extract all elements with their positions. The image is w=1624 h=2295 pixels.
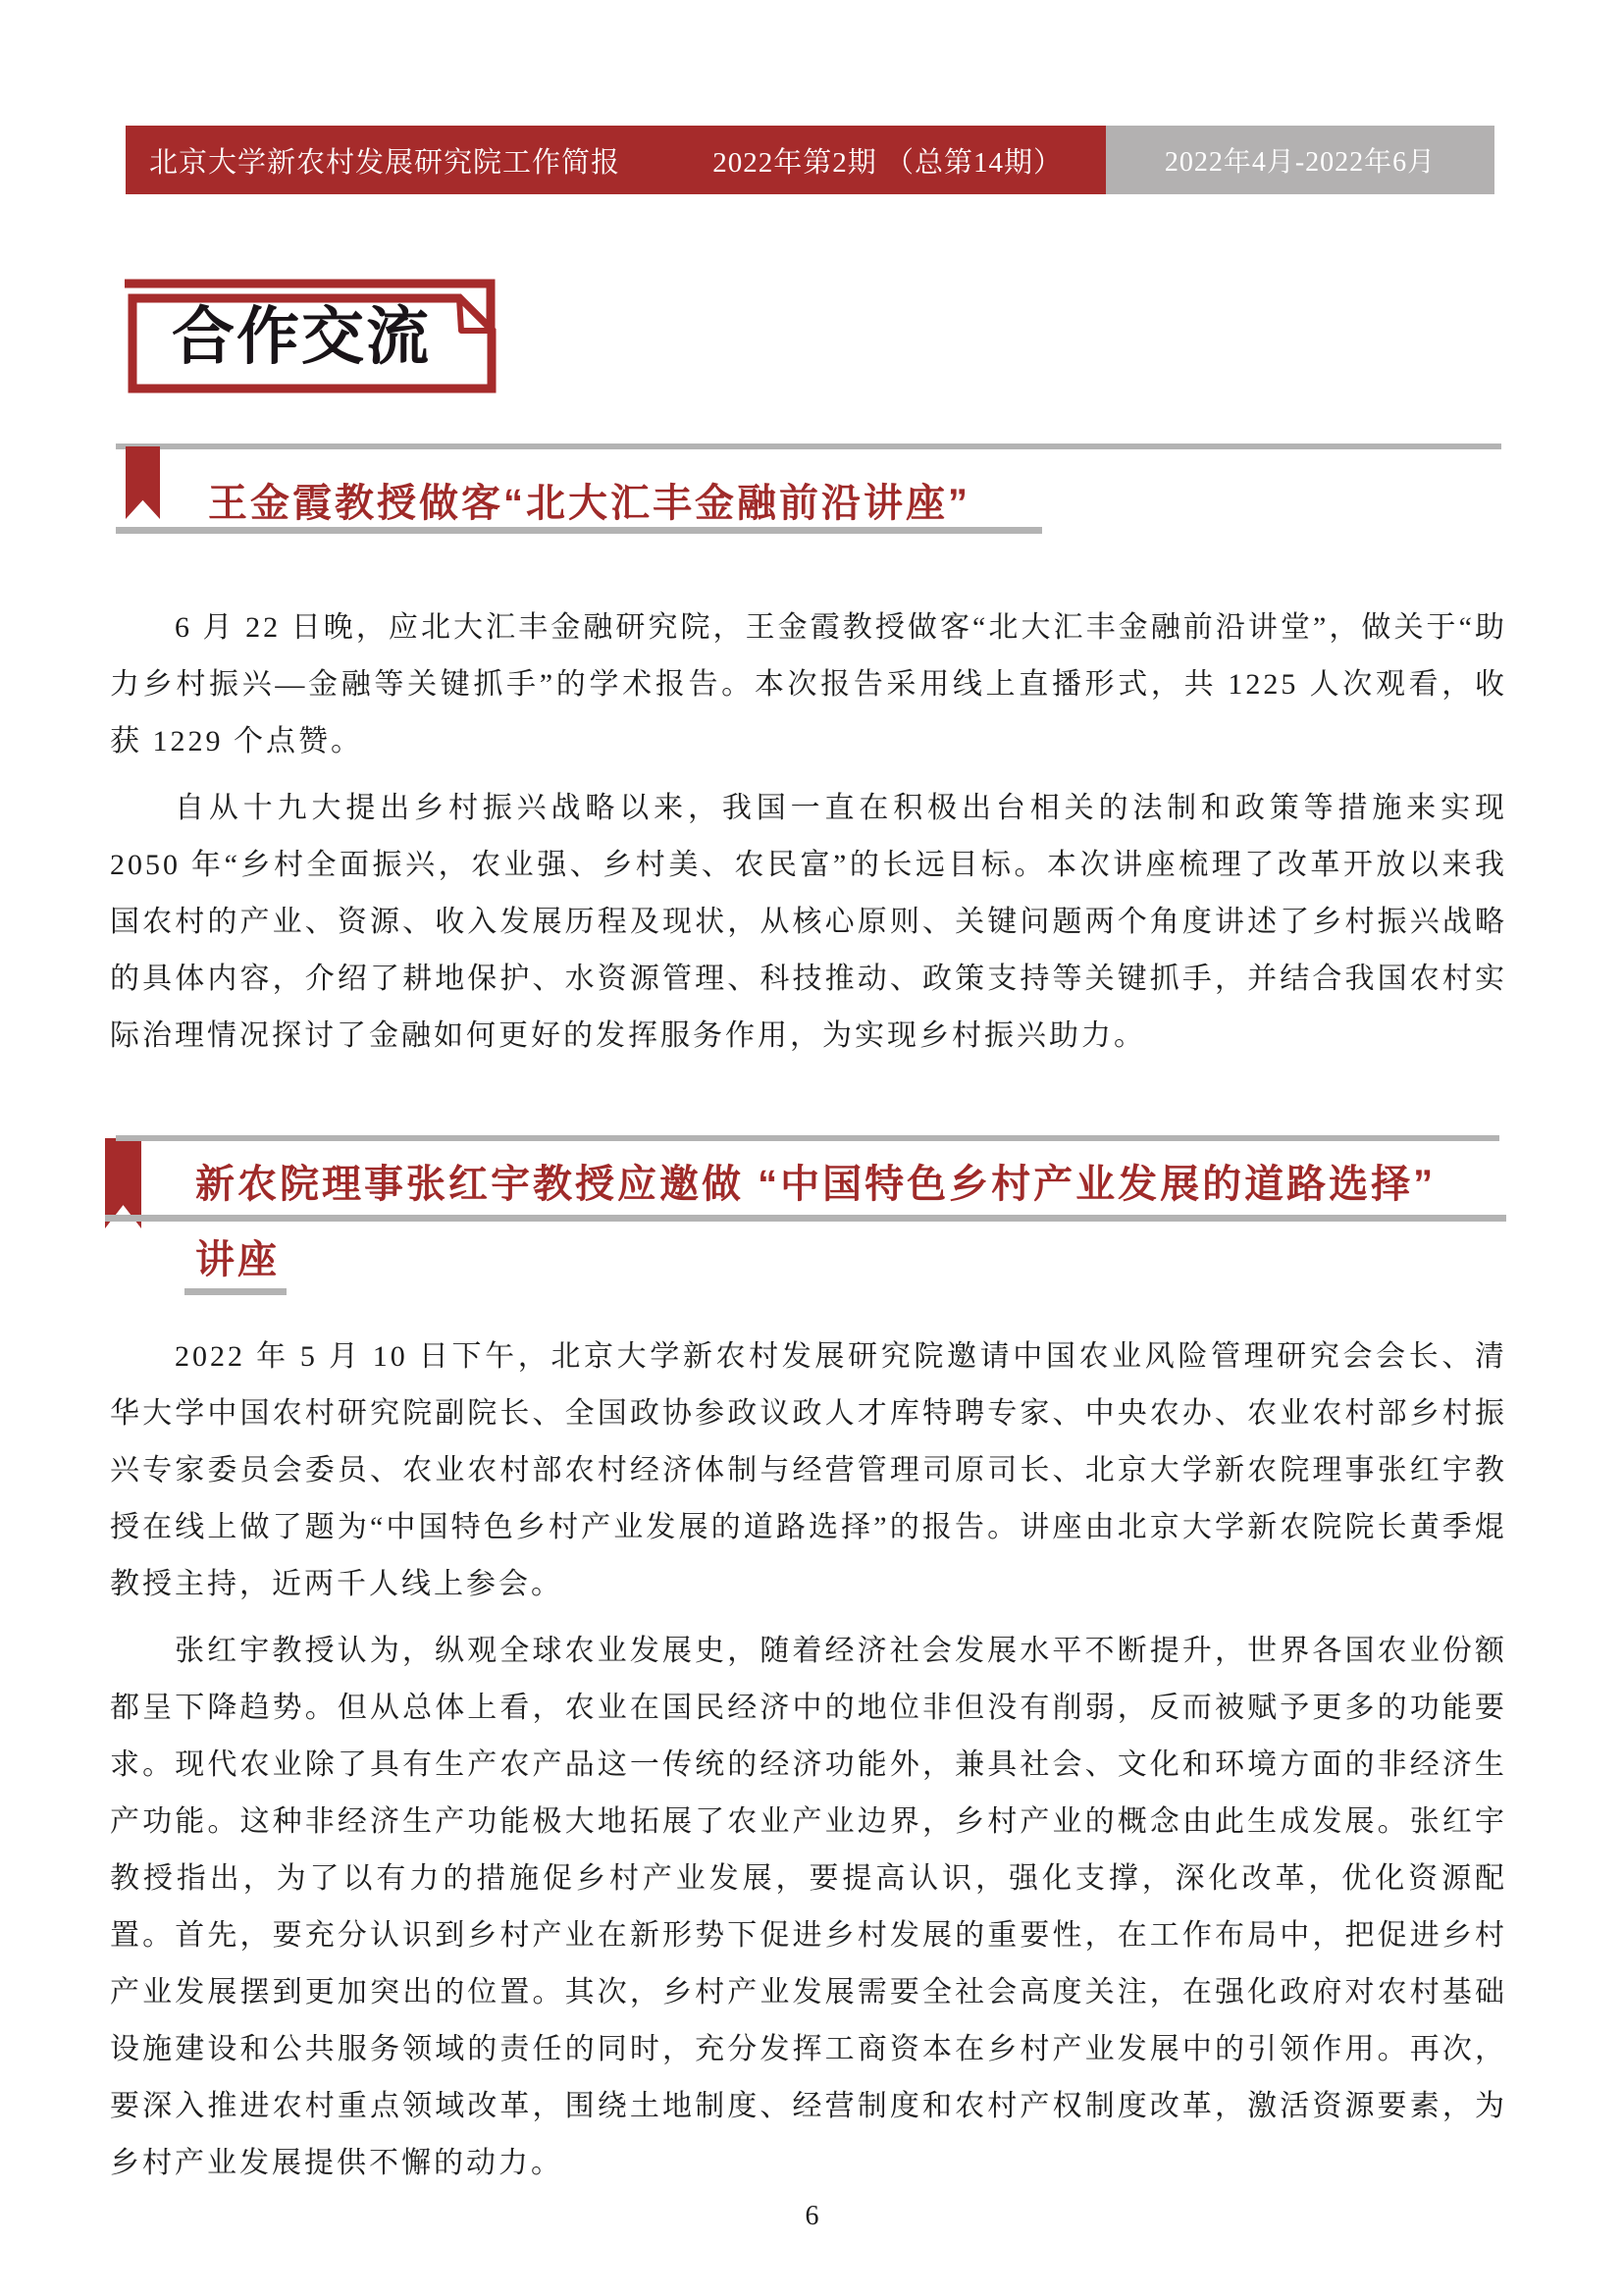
article-paragraph: 2022 年 5 月 10 日下午，北京大学新农村发展研究院邀请中国农业风险管理…: [110, 1329, 1507, 1613]
newsletter-masthead: 北京大学新农村发展研究院工作简报 2022年第2期 （总第14期） 2022年4…: [126, 126, 1494, 194]
article-paragraph: 6 月 22 日晚，应北大汇丰金融研究院，王金霞教授做客“北大汇丰金融前沿讲堂”…: [110, 600, 1507, 770]
divider-line: [116, 443, 1501, 449]
section-badge: 合作交流: [125, 277, 499, 396]
article-2-title-line2: 讲座: [195, 1236, 280, 1283]
section-badge-label: 合作交流: [172, 305, 431, 368]
newsletter-page: 北京大学新农村发展研究院工作简报 2022年第2期 （总第14期） 2022年4…: [0, 0, 1624, 2295]
masthead-red-section: 北京大学新农村发展研究院工作简报 2022年第2期 （总第14期）: [126, 126, 1106, 194]
masthead-period-section: 2022年4月-2022年6月: [1106, 126, 1494, 194]
page-number: 6: [0, 2201, 1624, 2232]
divider-line: [184, 1288, 287, 1295]
divider-line: [105, 1215, 1506, 1222]
article-paragraph: 张红宇教授认为，纵观全球农业发展史，随着经济社会发展水平不断提升，世界各国农业份…: [110, 1623, 1507, 2192]
divider-line: [116, 527, 1042, 534]
article-2-title-line1: 新农院理事张红宇教授应邀做 “中国特色乡村产业发展的道路选择”: [195, 1161, 1436, 1208]
article-1-title: 王金霞教授做客“北大汇丰金融前沿讲座”: [208, 480, 970, 527]
article-paragraph: 自从十九大提出乡村振兴战略以来，我国一直在积极出台相关的法制和政策等措施来实现 …: [110, 780, 1507, 1065]
bookmark-ribbon-icon: [126, 446, 160, 519]
masthead-title: 北京大学新农村发展研究院工作简报: [149, 140, 620, 181]
masthead-period: 2022年4月-2022年6月: [1165, 140, 1436, 180]
masthead-issue: 2022年第2期 （总第14期）: [712, 140, 1063, 181]
divider-line: [116, 1135, 1499, 1141]
